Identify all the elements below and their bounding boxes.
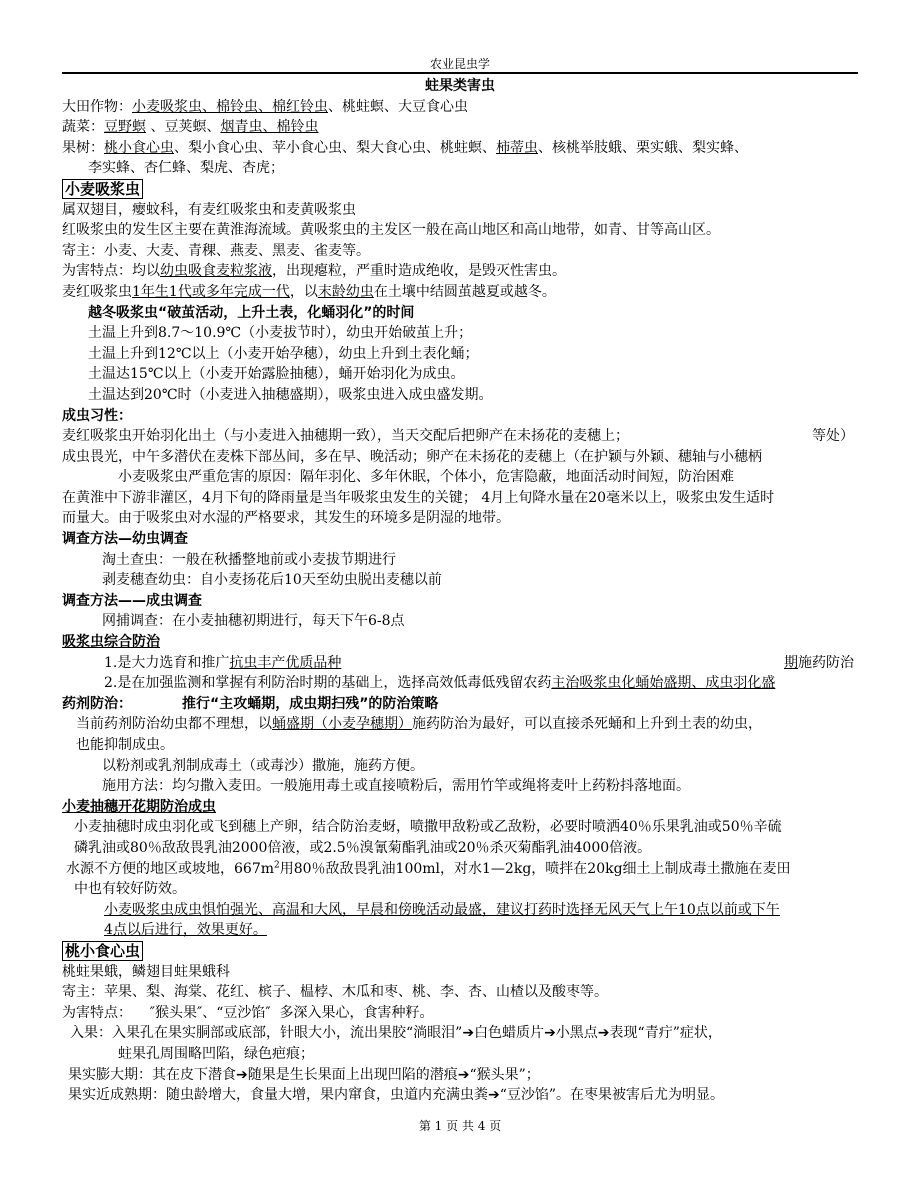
subheading-heading-flower: 小麦抽穗开花期防治成虫 <box>62 797 858 818</box>
paragraph: 4点以后进行，效果更好。 <box>62 920 858 941</box>
paragraph: 小麦吸浆虫严重危害的原因：隔年羽化、多年休眠，个体小，危害隐蔽，地面活动时间短，… <box>62 467 858 488</box>
paragraph: 药剂防治：推行“主攻蛹期，成虫期扫残”的防治策略 <box>62 694 858 715</box>
arrow-right-icon: ➔ <box>488 1087 500 1103</box>
list-item: 土温上升到12℃以上（小麦开始孕穗），幼虫上升到土表化蛹； <box>62 344 858 365</box>
paragraph: 中也有较好防效。 <box>62 879 858 900</box>
list-item: 剥麦穗查幼虫：自小麦扬花后10天至幼虫脱出麦穗以前 <box>62 570 858 591</box>
paragraph: 小麦抽穗时成虫羽化或飞到穗上产卵，结合防治麦蚜，喷撒甲敌粉或乙敌粉，必要时喷洒4… <box>62 817 858 838</box>
paragraph: 当前药剂防治幼虫都不理想，以蛹盛期（小麦孕穗期）施药防治为最好，可以直接杀死蛹和… <box>62 714 858 735</box>
arrow-right-icon: ➔ <box>458 1067 470 1083</box>
section-heading-wheat-midge: 小麦吸浆虫 <box>62 179 858 200</box>
list-item: 网捕调查：在小麦抽穗初期进行，每天下午6-8点 <box>62 611 858 632</box>
paragraph: 成虫畏光，中午多潜伏在麦株下部丛间，多在早、晚活动；卵产在未扬花的麦穗上（在护颖… <box>62 447 858 468</box>
paragraph: 2.是在加强监测和掌握有利防治时期的基础上，选择高效低毒低残留农药主治吸浆虫化蛹… <box>62 673 858 694</box>
paragraph: 麦红吸浆虫开始羽化出土（与小麦进入抽穗期一致），当天交配后把卵产在未扬花的麦穗上… <box>62 426 858 447</box>
paragraph: 蛀果孔周围略凹陷，绿色疤痕； <box>62 1044 858 1065</box>
list-item: 土温达15℃以上（小麦开始露脸抽穗），蛹开始羽化为成虫。 <box>62 364 858 385</box>
arrow-right-icon: ➔ <box>544 1025 556 1041</box>
paragraph: 水源不方便的地区或坡地，667m2用80％敌敌畏乳油100ml，对水1—2kg，… <box>62 859 858 880</box>
intro-fruit-trees-cont: 李实蜂、杏仁蜂、梨虎、杏虎； <box>62 158 858 179</box>
paragraph: 以粉剂或乳剂制成毒土（或毒沙）撒施，施药方便。 <box>62 756 858 777</box>
section-heading-peach-fruit-moth: 桃小食心虫 <box>62 941 858 962</box>
intro-fruit-trees: 果树：桃小食心虫、梨小食心虫、苹小食心虫、梨大食心虫、桃蛀螟、柿蒂虫、核桃举肢蛾… <box>62 138 858 159</box>
arrow-right-icon: ➔ <box>462 1025 474 1041</box>
intro-vegetables: 蔬菜：豆野螟 、豆荚螟、烟青虫、棉铃虫 <box>62 117 858 138</box>
arrow-right-icon: ➔ <box>236 1067 248 1083</box>
running-header: 农业昆虫学 <box>62 57 858 71</box>
paragraph: 小麦吸浆虫成虫惧怕强光、高温和大风，早晨和傍晚活动最盛，建议打药时选择无风天气上… <box>62 900 858 921</box>
arrow-right-icon: ➔ <box>598 1025 610 1041</box>
list-item: 淘土查虫：一般在秋播整地前或小麦拔节期进行 <box>62 550 858 571</box>
paragraph: 也能抑制成虫。 <box>62 735 858 756</box>
paragraph: 属双翅目，瘿蚊科，有麦红吸浆虫和麦黄吸浆虫 <box>62 200 858 221</box>
paragraph: 磷乳油或80％敌敌畏乳油2000倍液，或2.5％溴氰菊酯乳油或20％杀灭菊酯乳油… <box>62 838 858 859</box>
paragraph: 果实膨大期：其在皮下潜食➔随果是生长果面上出现凹陷的潜痕➔“猴头果”； <box>62 1065 858 1086</box>
document-body: 蛀果类害虫 大田作物：小麦吸浆虫、棉铃虫、棉红铃虫、桃蛀螟、大豆食心虫 蔬菜：豆… <box>62 76 858 1106</box>
paragraph: 而量大。由于吸浆虫对水湿的严格要求，其发生的环境多是阴湿的地带。 <box>62 508 858 529</box>
paragraph: 桃蛀果蛾，鳞翅目蛀果蛾科 <box>62 962 858 983</box>
subheading-adult-habits: 成虫习性： <box>62 406 858 427</box>
paragraph: 寄主：苹果、梨、海棠、花红、槟子、榅桲、木瓜和枣、桃、李、杏、山楂以及酸枣等。 <box>62 982 858 1003</box>
list-item: 土温达到20℃时（小麦进入抽穗盛期），吸浆虫进入成虫盛发期。 <box>62 385 858 406</box>
paragraph: 红吸浆虫的发生区主要在黄淮海流域。黄吸浆虫的主发区一般在高山地区和高山地带，如青… <box>62 220 858 241</box>
paragraph: 为害特点：均以幼虫吸食麦粒浆液，出现瘪粒，严重时造成绝收，是毁灭性害虫。 <box>62 261 858 282</box>
subheading-integrated-control: 吸浆虫综合防治 <box>62 632 858 653</box>
paragraph: 为害特点： ″猴头果″、“豆沙馅″ 多深入果心，食害种籽。 <box>62 1003 858 1024</box>
subheading-overwinter: 越冬吸浆虫“破茧活动，上升土表，化蛹羽化”的时间 <box>62 303 858 324</box>
page-footer: 第 1 页 共 4 页 <box>0 1117 920 1134</box>
paragraph: 1.是大力选育和推广抗虫丰产优质品种 期施药防治 <box>62 653 858 674</box>
doc-title: 蛀果类害虫 <box>62 76 858 97</box>
paragraph: 在黄淮中下游非灌区，4月下旬的降雨量是当年吸浆虫发生的关键； 4月上旬降水量在2… <box>62 488 858 509</box>
intro-field-crops: 大田作物：小麦吸浆虫、棉铃虫、棉红铃虫、桃蛀螟、大豆食心虫 <box>62 97 858 118</box>
paragraph: 果实近成熟期：随虫龄增大，食量大增，果内窜食，虫道内充满虫粪➔“豆沙馅”。在枣果… <box>62 1085 858 1106</box>
subheading-survey-larva: 调查方法—幼虫调查 <box>62 529 858 550</box>
paragraph: 入果：入果孔在果实胴部或底部，针眼大小，流出果胶“淌眼泪”➔白色蜡质片➔小黑点➔… <box>62 1023 858 1044</box>
paragraph: 施用方法：均匀撒入麦田。一般施用毒土或直接喷粉后，需用竹竿或绳将麦叶上药粉抖落地… <box>62 776 858 797</box>
list-item: 土温上升到8.7～10.9℃（小麦拔节时），幼虫开始破茧上升； <box>62 323 858 344</box>
header-divider <box>62 72 858 74</box>
paragraph: 麦红吸浆虫1年生1代或多年完成一代，以末龄幼虫在土壤中结圆茧越夏或越冬。 <box>62 282 858 303</box>
paragraph: 寄主：小麦、大麦、青稞、燕麦、黑麦、雀麦等。 <box>62 241 858 262</box>
subheading-survey-adult: 调查方法——成虫调查 <box>62 591 858 612</box>
